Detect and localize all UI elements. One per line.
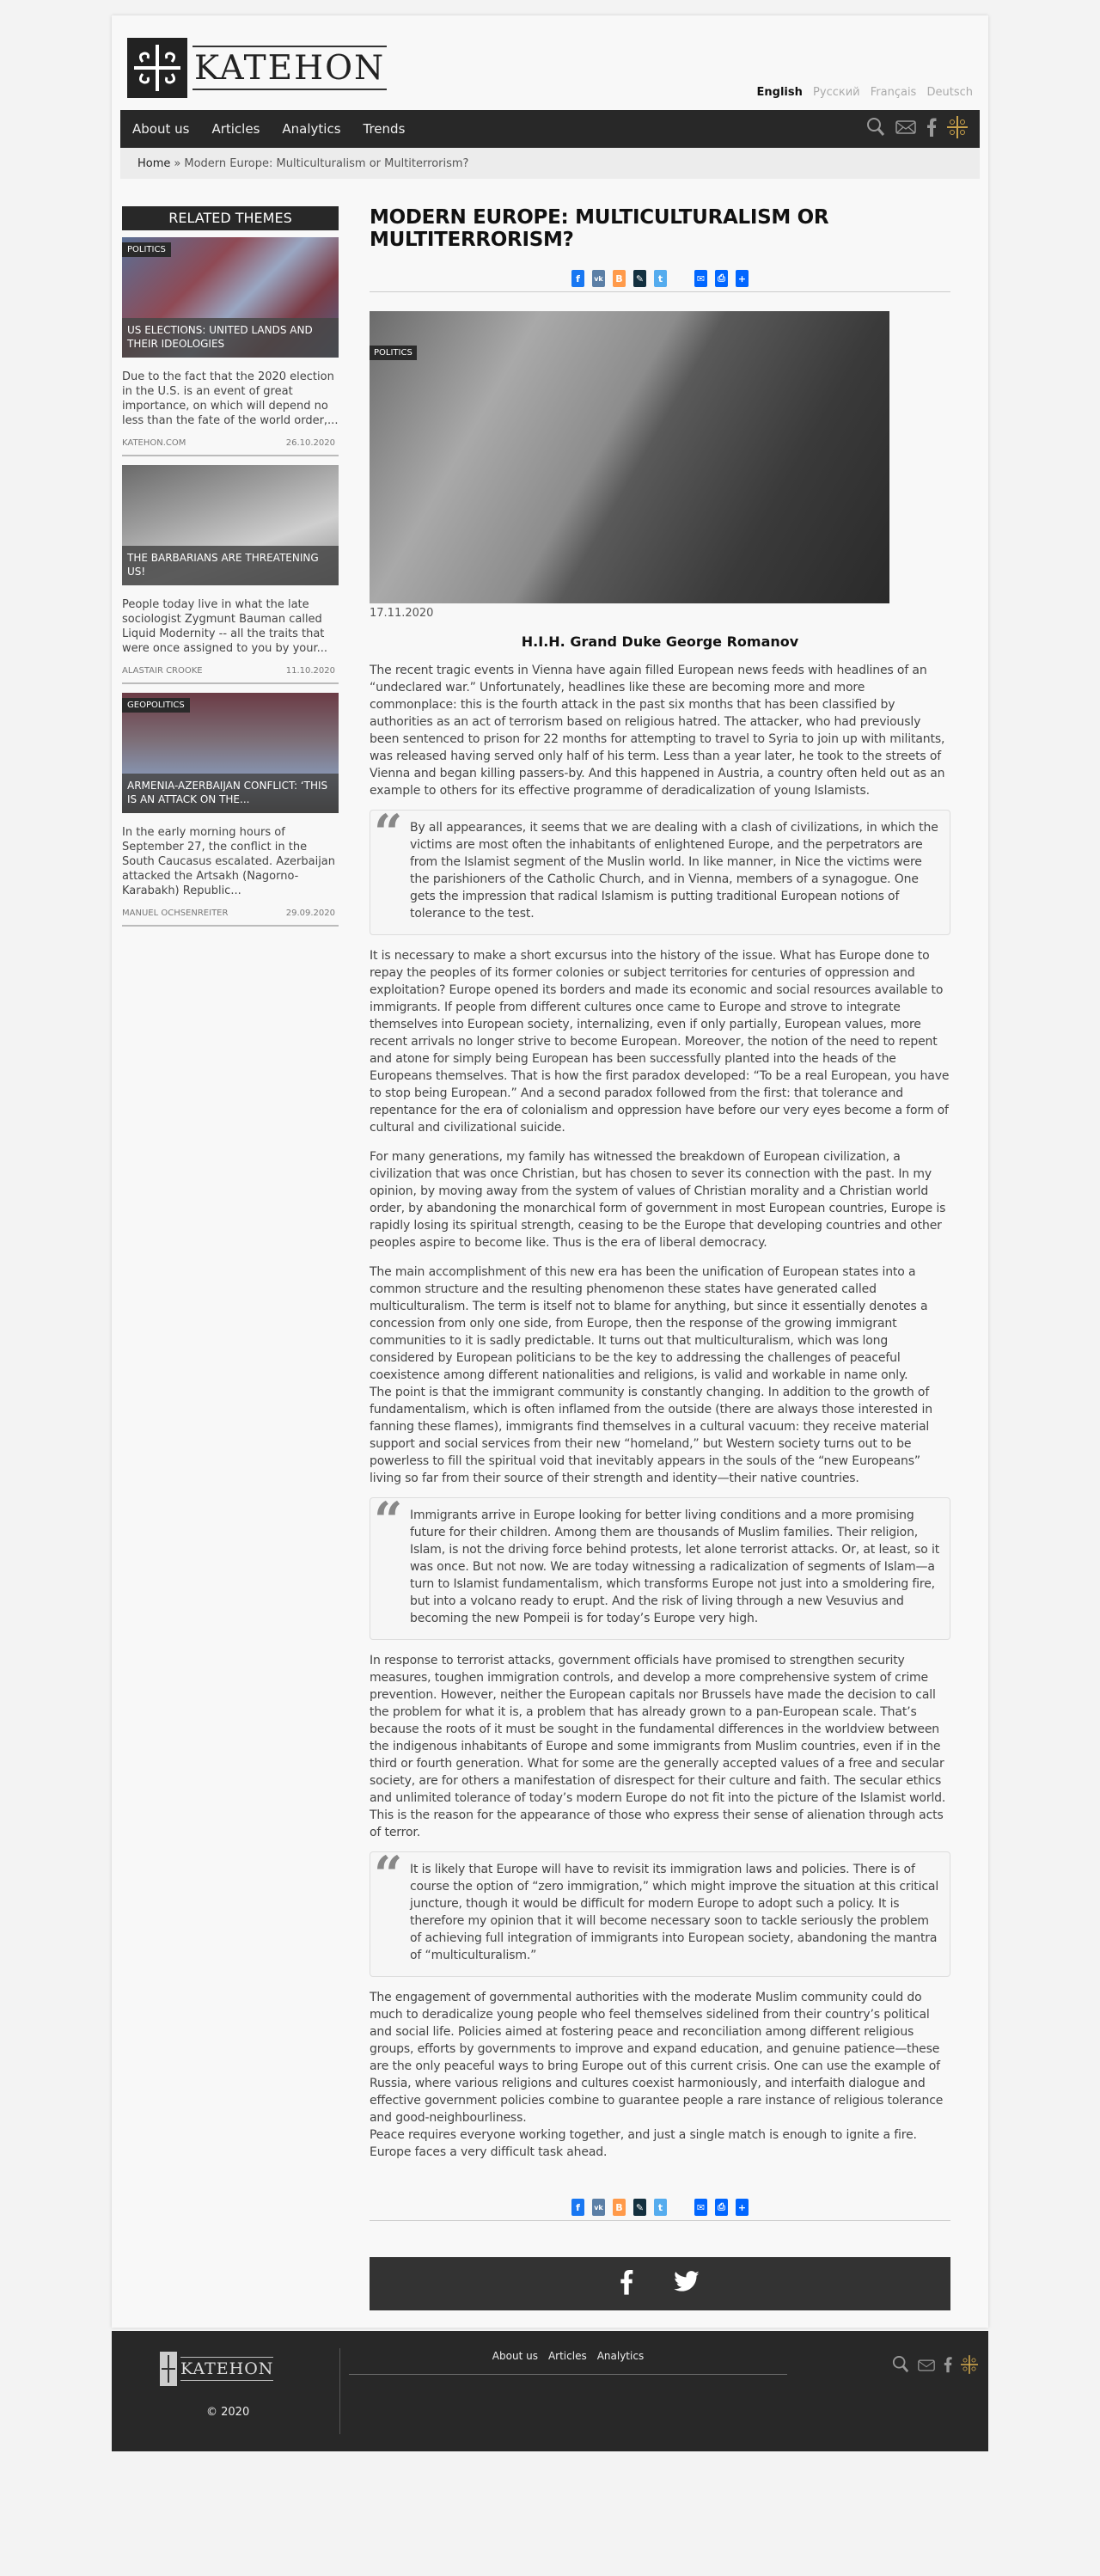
card-date: 11.10.2020 bbox=[286, 666, 335, 676]
site-logo[interactable]: KATEHON bbox=[127, 38, 387, 98]
share-more-button[interactable]: + bbox=[736, 270, 749, 287]
share-livejournal-button[interactable]: ✎ bbox=[633, 270, 646, 287]
card-title[interactable]: THE BARBARIANS ARE THREATENING US! bbox=[122, 546, 339, 585]
share-blogger-button[interactable]: B bbox=[613, 270, 626, 287]
card-tag[interactable]: GEOPOLITICS bbox=[122, 698, 190, 713]
nav-trends[interactable]: Trends bbox=[364, 121, 406, 137]
card-meta: MANUEL OCHSENREITER 29.09.2020 bbox=[122, 909, 339, 918]
footer-logo-text: KATEHON bbox=[180, 2357, 273, 2381]
breadcrumb: Home » Modern Europe: Multiculturalism o… bbox=[120, 148, 980, 179]
article: MODERN EUROPE: MULTICULTURALISM OR MULTI… bbox=[370, 206, 950, 2310]
language-switcher: English Русский Français Deutsch bbox=[750, 86, 973, 99]
article-paragraph: Peace requires everyone working together… bbox=[370, 2126, 950, 2161]
article-hero-image: POLITICS bbox=[370, 311, 889, 603]
lang-german[interactable]: Deutsch bbox=[926, 86, 973, 99]
social-follow-bar bbox=[370, 2257, 950, 2310]
footer-nav: About us Articles Analytics bbox=[349, 2350, 787, 2375]
breadcrumb-separator: » bbox=[174, 157, 180, 170]
share-more-button[interactable]: + bbox=[736, 2199, 749, 2216]
card-title[interactable]: US ELECTIONS: UNITED LANDS AND THEIR IDE… bbox=[122, 318, 339, 358]
card-excerpt: People today live in what the late socio… bbox=[122, 597, 339, 656]
card-meta: ALASTAIR CROOKE 11.10.2020 bbox=[122, 666, 339, 676]
pullquote-text: By all appearances, it seems that we are… bbox=[410, 821, 938, 921]
share-print-button[interactable]: ⎙ bbox=[715, 270, 728, 287]
breadcrumb-home[interactable]: Home bbox=[137, 157, 170, 170]
article-author[interactable]: H.I.H. Grand Duke George Romanov bbox=[370, 633, 950, 650]
share-bar-top: f vk B ✎ t ✉ ⎙ + bbox=[370, 270, 950, 292]
share-twitter-button[interactable]: t bbox=[654, 270, 667, 287]
article-category-tag[interactable]: POLITICS bbox=[370, 346, 417, 360]
card-excerpt: In the early morning hours of September … bbox=[122, 825, 339, 898]
sidebar-title: RELATED THEMES bbox=[122, 206, 339, 230]
lang-english[interactable]: English bbox=[757, 86, 803, 99]
lang-french[interactable]: Français bbox=[871, 86, 917, 99]
search-icon[interactable] bbox=[866, 117, 885, 141]
card-author[interactable]: KATEHON.COM bbox=[122, 438, 186, 448]
lang-russian[interactable]: Русский bbox=[813, 86, 860, 99]
nav-icons bbox=[866, 116, 968, 142]
mail-icon[interactable] bbox=[895, 120, 916, 138]
twitter-icon[interactable] bbox=[673, 2270, 700, 2298]
share-bar-bottom: f vk B ✎ t ✉ ⎙ + bbox=[370, 2199, 950, 2221]
article-paragraph: The engagement of governmental authoriti… bbox=[370, 1989, 950, 2126]
katehon-cross-icon[interactable] bbox=[947, 116, 968, 142]
pullquote-text: It is likely that Europe will have to re… bbox=[410, 1863, 938, 1962]
card-excerpt: Due to the fact that the 2020 election i… bbox=[122, 370, 339, 428]
mail-icon[interactable] bbox=[918, 2359, 935, 2375]
article-pullquote: “ Immigrants arrive in Europe looking fo… bbox=[370, 1497, 950, 1640]
footer-nav-about-us[interactable]: About us bbox=[492, 2350, 538, 2362]
article-title: MODERN EUROPE: MULTICULTURALISM OR MULTI… bbox=[370, 206, 950, 251]
article-paragraph: The main accomplishment of this new era … bbox=[370, 1264, 950, 1384]
facebook-icon[interactable] bbox=[944, 2356, 952, 2377]
article-paragraph: The point is that the immigrant communit… bbox=[370, 1384, 950, 1487]
facebook-icon[interactable] bbox=[620, 2268, 633, 2299]
footer-nav-analytics[interactable]: Analytics bbox=[597, 2350, 645, 2362]
card-date: 29.09.2020 bbox=[286, 909, 335, 918]
site-footer: KATEHON © 2020 About us Articles Analyti… bbox=[112, 2331, 988, 2451]
article-paragraph: In response to terrorist attacks, govern… bbox=[370, 1652, 950, 1841]
share-email-button[interactable]: ✉ bbox=[694, 270, 707, 287]
related-card: THE BARBARIANS ARE THREATENING US! Peopl… bbox=[122, 458, 339, 684]
share-blogger-button[interactable]: B bbox=[613, 2199, 626, 2216]
share-vk-button[interactable]: vk bbox=[592, 270, 605, 287]
article-pullquote: “ It is likely that Europe will have to … bbox=[370, 1851, 950, 1977]
katehon-cross-icon bbox=[127, 38, 187, 98]
card-date: 26.10.2020 bbox=[286, 438, 335, 448]
article-date: 17.11.2020 bbox=[370, 607, 950, 620]
nav-articles[interactable]: Articles bbox=[211, 121, 260, 137]
card-meta: KATEHON.COM 26.10.2020 bbox=[122, 438, 339, 448]
footer-nav-articles[interactable]: Articles bbox=[548, 2350, 587, 2362]
related-card: GEOPOLITICS ARMENIA-AZERBAIJAN CONFLICT:… bbox=[122, 686, 339, 927]
share-facebook-button[interactable]: f bbox=[571, 270, 584, 287]
article-pullquote: “ By all appearances, it seems that we a… bbox=[370, 810, 950, 935]
page-container: KATEHON English Русский Français Deutsch… bbox=[112, 15, 988, 2328]
quote-icon: “ bbox=[374, 807, 402, 859]
related-themes-sidebar: RELATED THEMES POLITICS US ELECTIONS: UN… bbox=[122, 206, 339, 2310]
footer-divider bbox=[339, 2348, 340, 2434]
footer-logo[interactable]: KATEHON bbox=[160, 2352, 273, 2386]
share-facebook-button[interactable]: f bbox=[571, 2199, 584, 2216]
card-image[interactable]: POLITICS US ELECTIONS: UNITED LANDS AND … bbox=[122, 237, 339, 358]
pullquote-text: Immigrants arrive in Europe looking for … bbox=[410, 1508, 939, 1625]
card-tag[interactable]: POLITICS bbox=[122, 242, 171, 257]
footer-copyright: © 2020 bbox=[206, 2406, 249, 2419]
share-email-button[interactable]: ✉ bbox=[694, 2199, 707, 2216]
katehon-cross-icon[interactable] bbox=[961, 2355, 978, 2377]
logo-text: KATEHON bbox=[194, 52, 385, 86]
share-twitter-button[interactable]: t bbox=[654, 2199, 667, 2216]
article-paragraph: For many generations, my family has witn… bbox=[370, 1148, 950, 1251]
footer-icons bbox=[892, 2355, 978, 2377]
logo-wordmark: KATEHON bbox=[192, 46, 387, 90]
main-nav: About us Articles Analytics Trends bbox=[120, 110, 980, 148]
facebook-icon[interactable] bbox=[926, 118, 937, 140]
card-image[interactable]: GEOPOLITICS ARMENIA-AZERBAIJAN CONFLICT:… bbox=[122, 693, 339, 813]
article-paragraph: The recent tragic events in Vienna have … bbox=[370, 662, 950, 799]
share-print-button[interactable]: ⎙ bbox=[715, 2199, 728, 2216]
share-livejournal-button[interactable]: ✎ bbox=[633, 2199, 646, 2216]
article-paragraph: It is necessary to make a short excursus… bbox=[370, 947, 950, 1136]
search-icon[interactable] bbox=[892, 2355, 909, 2377]
share-spacer bbox=[675, 2199, 687, 2216]
content-area: RELATED THEMES POLITICS US ELECTIONS: UN… bbox=[120, 206, 980, 2310]
related-card: POLITICS US ELECTIONS: UNITED LANDS AND … bbox=[122, 230, 339, 456]
nav-about-us[interactable]: About us bbox=[132, 121, 189, 137]
card-image[interactable]: THE BARBARIANS ARE THREATENING US! bbox=[122, 465, 339, 585]
share-vk-button[interactable]: vk bbox=[592, 2199, 605, 2216]
nav-analytics[interactable]: Analytics bbox=[282, 121, 340, 137]
site-header: KATEHON English Русский Français Deutsch bbox=[120, 26, 980, 110]
quote-icon: “ bbox=[374, 1495, 402, 1546]
breadcrumb-current: Modern Europe: Multiculturalism or Multi… bbox=[184, 157, 468, 170]
share-spacer bbox=[675, 270, 687, 287]
card-author[interactable]: ALASTAIR CROOKE bbox=[122, 666, 203, 676]
katehon-cross-icon bbox=[160, 2352, 177, 2386]
card-title[interactable]: ARMENIA-AZERBAIJAN CONFLICT: ‘THIS IS AN… bbox=[122, 774, 339, 813]
quote-icon: “ bbox=[374, 1849, 402, 1900]
card-author[interactable]: MANUEL OCHSENREITER bbox=[122, 909, 228, 918]
